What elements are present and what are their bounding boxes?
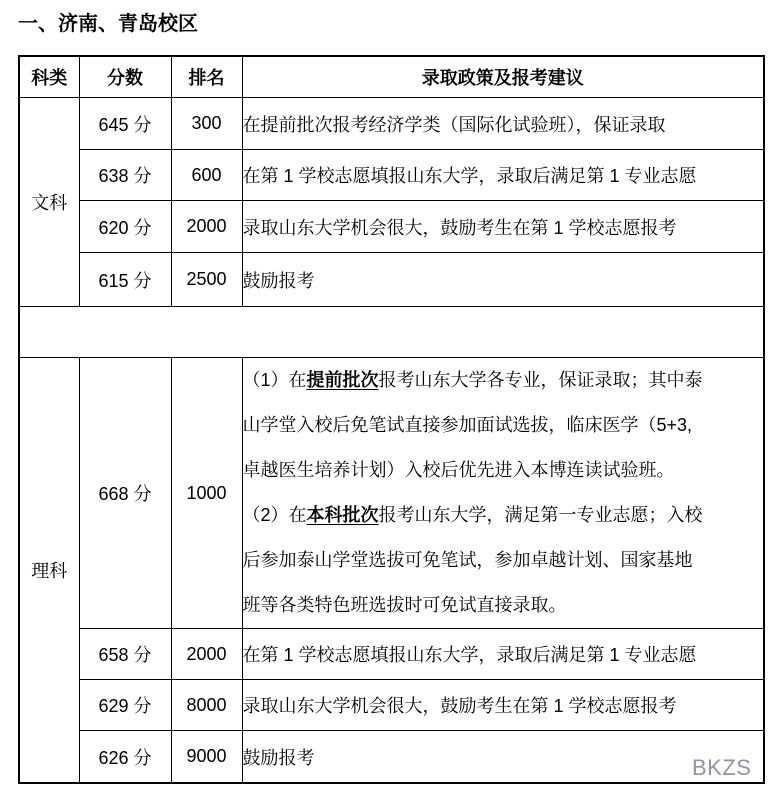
advice-cell: 在第 1 学校志愿填报山东大学，录取后满足第 1 专业志愿	[242, 150, 764, 201]
rank-cell: 300	[171, 98, 242, 150]
emphasized-text: 提前批次	[307, 370, 379, 390]
header-advice: 录取政策及报考建议	[242, 56, 764, 98]
table-row: 629 分 8000 录取山东大学机会很大，鼓励考生在第 1 学校志愿报考	[19, 680, 764, 731]
advice-cell: 在第 1 学校志愿填报山东大学，录取后满足第 1 专业志愿	[242, 629, 764, 680]
score-cell: 620 分	[79, 201, 171, 253]
rank-cell: 8000	[171, 680, 242, 731]
table-row: 615 分 2500 鼓励报考	[19, 253, 764, 307]
score-cell: 629 分	[79, 680, 171, 731]
table-row: 626 分 9000 鼓励报考	[19, 731, 764, 784]
table-row: 理科 668 分 1000 （1）在提前批次报考山东大学各专业，保证录取；其中泰…	[19, 358, 764, 629]
emphasized-text: 本科批次	[307, 505, 379, 525]
admission-table: 科类 分数 排名 录取政策及报考建议 文科 645 分 300 在提前批次报考经…	[18, 55, 765, 784]
rank-cell: 2000	[171, 201, 242, 253]
page: 一、济南、青岛校区 科类 分数 排名 录取政策及报考建议 文科 645 分 30…	[0, 0, 775, 803]
advice-cell: 录取山东大学机会很大，鼓励考生在第 1 学校志愿报考	[242, 201, 764, 253]
watermark: BKZS	[692, 754, 751, 782]
category-cell-wenke: 文科	[19, 98, 79, 307]
advice-cell: 录取山东大学机会很大，鼓励考生在第 1 学校志愿报考	[242, 680, 764, 731]
advice-cell: 在提前批次报考经济学类（国际化试验班），保证录取	[242, 98, 764, 150]
page-title: 一、济南、青岛校区	[18, 10, 775, 38]
score-cell: 668 分	[79, 358, 171, 629]
spacer-row	[19, 307, 764, 358]
category-cell-like: 理科	[19, 358, 79, 784]
table-row: 620 分 2000 录取山东大学机会很大，鼓励考生在第 1 学校志愿报考	[19, 201, 764, 253]
header-category: 科类	[19, 56, 79, 98]
advice-text: （2）在	[243, 505, 307, 525]
header-row: 科类 分数 排名 录取政策及报考建议	[19, 56, 764, 98]
advice-cell: 鼓励报考	[242, 731, 764, 784]
score-cell: 615 分	[79, 253, 171, 307]
score-cell: 658 分	[79, 629, 171, 680]
rank-cell: 2000	[171, 629, 242, 680]
header-score: 分数	[79, 56, 171, 98]
score-cell: 626 分	[79, 731, 171, 784]
rank-cell: 9000	[171, 731, 242, 784]
table-row: 638 分 600 在第 1 学校志愿填报山东大学，录取后满足第 1 专业志愿	[19, 150, 764, 201]
score-cell: 638 分	[79, 150, 171, 201]
table-row: 文科 645 分 300 在提前批次报考经济学类（国际化试验班），保证录取	[19, 98, 764, 150]
rank-cell: 2500	[171, 253, 242, 307]
advice-text: （1）在	[243, 370, 307, 390]
score-cell: 645 分	[79, 98, 171, 150]
advice-rich-cell: （1）在提前批次报考山东大学各专业，保证录取；其中泰 山学堂入校后免笔试直接参加…	[242, 358, 764, 629]
rank-cell: 600	[171, 150, 242, 201]
spacer-cell	[19, 307, 764, 358]
table-row: 658 分 2000 在第 1 学校志愿填报山东大学，录取后满足第 1 专业志愿	[19, 629, 764, 680]
advice-cell: 鼓励报考	[242, 253, 764, 307]
rank-cell: 1000	[171, 358, 242, 629]
header-rank: 排名	[171, 56, 242, 98]
